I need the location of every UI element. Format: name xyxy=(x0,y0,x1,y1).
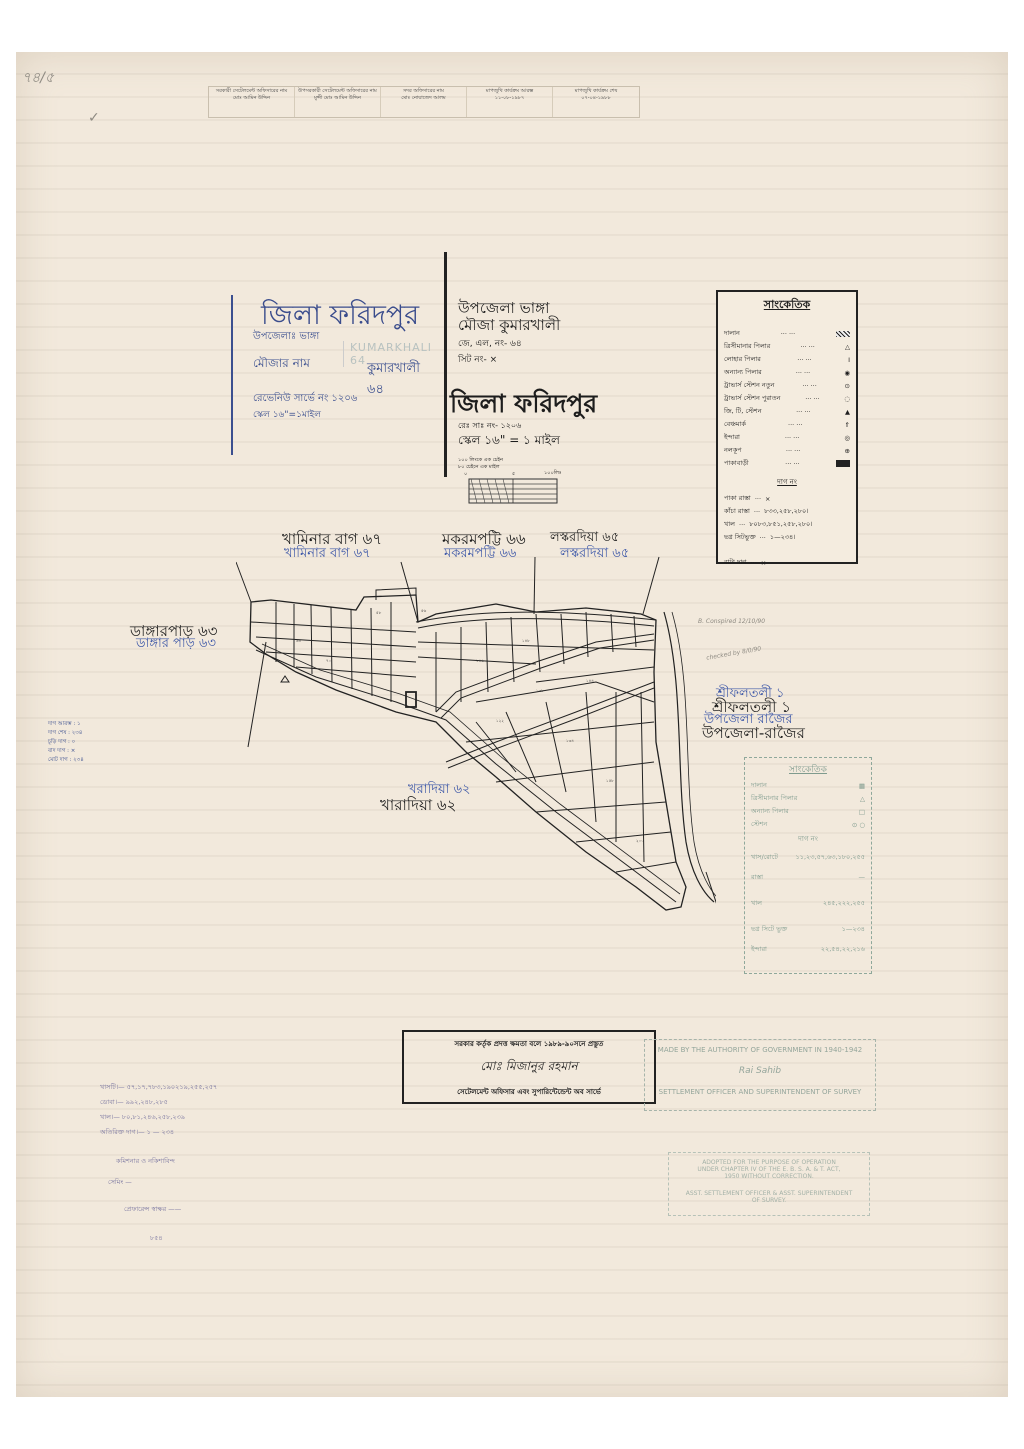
header-col-5: মাপজুখি কার্যক্রম শেষ০৭-০৪-১৯৮৮ xyxy=(553,87,639,117)
corner-note: ৭৪/৫ xyxy=(22,66,54,90)
stamp-line: 1950 WITHOUT CORRECTION. xyxy=(669,1173,869,1180)
scale-bar: ০ ৫ ১০০লিঃ xyxy=(468,476,558,506)
dag-row: ভগ্ন সিটভুক্ত···১—২৩৪। xyxy=(718,531,856,544)
building-icon: ▦ xyxy=(859,782,865,790)
svg-text:৫৬: ৫৬ xyxy=(421,608,427,613)
dag-row: বাটা দাগ···× xyxy=(718,556,856,569)
triangle-icon: △ xyxy=(860,795,865,803)
svg-text:২০০: ২০০ xyxy=(636,838,644,843)
legend-item: ত্রিসীমানার পিলার··· ···△ xyxy=(718,340,856,353)
old-legend-row: খাল২৪৫,২২২,২৫৫ xyxy=(745,887,871,919)
old-legend-subtitle: দাগ নং xyxy=(745,833,871,845)
legend-item: দালান··· ··· xyxy=(718,327,856,340)
hatched-rect-icon xyxy=(836,331,850,337)
old-legend-row: ভগ্ন সিটে ভুক্ত১—২৩৪ xyxy=(745,919,871,939)
svg-text:৭০: ৭০ xyxy=(326,658,332,663)
adjacent-mouza-label: উপজেলা-রাজৈর xyxy=(702,722,805,747)
square-icon: □ xyxy=(859,808,865,816)
decorative-bar xyxy=(231,295,233,455)
svg-text:১২২: ১২২ xyxy=(496,718,504,723)
header-col-1: সরকারী সেটেলমেন্ট অফিসারের নামমোঃ আমিন উ… xyxy=(209,87,295,117)
stamp-line: OF SURVEY. xyxy=(669,1197,869,1204)
legend-item: লোহার পিলার··· ···I xyxy=(718,353,856,366)
header-col-4: মাপজুখি কার্যক্রম আরম্ভ১১-০৮-১৯৮৭ xyxy=(467,87,553,117)
header-col-2: উপসরকারী সেটেলমেন্ট অফিসারের নামমুন্সী ম… xyxy=(295,87,381,117)
legend-item: বেঞ্চমার্ক··· ···⇑ xyxy=(718,418,856,431)
stamp-signature: মোঃ মিজানুর রহমান xyxy=(404,1058,654,1078)
tubewell-icon: ⊕ xyxy=(845,447,850,455)
left-summary-notes: দাগ আরম্ভ : ১ দাগ শেষ : ২৩৪ চূড়ি দাগ : … xyxy=(48,720,84,765)
upazila-label: উপজেলাঃ ভাঙ্গা xyxy=(253,329,319,346)
legend-item: পাকাবাড়ী··· ··· xyxy=(718,457,856,470)
dag-row: পাকা রাস্তা···× xyxy=(718,492,856,505)
adjacent-mouza-label-blue: ডাঙ্গার পাড় ৬৩ xyxy=(136,634,216,655)
svg-text:১৪৪: ১৪৪ xyxy=(586,678,594,683)
stamp-line: MADE BY THE AUTHORITY OF GOVERNMENT IN 1… xyxy=(645,1046,875,1054)
revenue-survey-no: রেভেনিউ সার্ভে নং ১২০৬ xyxy=(253,391,357,408)
legend-item: ট্রাভার্স স্টেশন পুরাতন··· ···◌ xyxy=(718,392,856,405)
pencil-note: B. Conspired 12/10/90 xyxy=(698,618,765,625)
pucca-house-icon xyxy=(836,460,850,467)
authority-stamp: সরকার কর্তৃক প্রদত্ত ক্ষমতা বলে ১৯৮৯-৯০স… xyxy=(402,1030,656,1104)
traverse-old-icon: ◌ xyxy=(844,395,850,403)
jl-number: জে, এল, নং- ৬৪ xyxy=(458,336,522,351)
old-legend-item: স্টেশন⊙ ○ xyxy=(745,818,871,831)
dag-row: কাঁচা রাস্তা···৮৩৩,২৫৮,২৮০। xyxy=(718,505,856,518)
old-legend-item: দালান▦ xyxy=(745,779,871,792)
scale-bar-end: ১০০লিঃ xyxy=(544,470,562,478)
legend-item: অন্যান্য পিলার··· ···◉ xyxy=(718,366,856,379)
old-legend-item: ত্রিসীমানার পিলার△ xyxy=(745,792,871,805)
legend-item: ইন্দারা··· ···◎ xyxy=(718,431,856,444)
well-icon: ◎ xyxy=(844,434,850,442)
scale-bar-zero: ০ xyxy=(464,471,467,479)
scale-label: স্কেল ১৬"=১মাইল xyxy=(253,407,321,422)
benchmark-icon: ⇑ xyxy=(845,421,850,429)
old-legend-row: খাস/রোটে১১,২৩,৫৭,৬৩,১৮০,২৫৫ xyxy=(745,847,871,867)
cadastral-map[interactable]: ৫৮৫৬১৪৮ ১৪৬১৩৮১৩৪ ১৫৮২০০১২২ ৭০৬৪১৪৪ xyxy=(236,542,716,982)
legend-box: সাংকেতিক দালান··· ··· ত্রিসীমানার পিলার·… xyxy=(716,290,858,564)
svg-text:১৪৬: ১৪৬ xyxy=(476,658,484,663)
svg-text:৬৪: ৬৪ xyxy=(296,638,302,643)
bottom-left-notes: খাসটি।— ৫৭,১৭,৭৮৩,১৯০২১৯,২৫৫,২৫৭ ডোবা।— … xyxy=(100,1080,217,1246)
stamp-line: সেটেলমেন্ট অফিসার এবং সুপারিন্টেন্ডেন্ট … xyxy=(404,1086,654,1098)
old-legend-title: সাংকেতিক xyxy=(745,762,871,777)
svg-text:১৪৮: ১৪৮ xyxy=(522,638,530,643)
check-mark: ✓ xyxy=(88,110,100,126)
old-legend-row: ইন্দারা২২,৫৪,২২,২১৬ xyxy=(745,939,871,959)
mouza-label: মৌজার নাম xyxy=(253,355,310,375)
header-col-3: সদর অফিসারের নামমোঃ নোয়াজেদ আলম xyxy=(381,87,467,117)
traverse-new-icon: ⊙ xyxy=(845,382,850,390)
header-table: সরকারী সেটেলমেন্ট অফিসারের নামমোঃ আমিন উ… xyxy=(208,86,640,118)
adopted-stamp: ADOPTED FOR THE PURPOSE OF OPERATION UND… xyxy=(668,1152,870,1216)
dag-subtitle: দাগ নং xyxy=(718,476,856,488)
stamp-line: ADOPTED FOR THE PURPOSE OF OPERATION xyxy=(669,1159,869,1166)
pillar-dot-icon: ◉ xyxy=(844,369,850,377)
mouza-name: কুমারখালী ৬৪ xyxy=(367,359,421,401)
station-icon: ⊙ ○ xyxy=(852,821,865,829)
svg-text:১৫৮: ১৫৮ xyxy=(606,778,614,783)
svg-text:৫৮: ৫৮ xyxy=(376,610,382,615)
stamp-signature: Rai Sahib xyxy=(645,1066,875,1076)
legend-item: জি, টি, স্টেশন··· ···▲ xyxy=(718,405,856,418)
map-sheet: ৭৪/৫ ✓ সরকারী সেটেলমেন্ট অফিসারের নামমোঃ… xyxy=(16,52,1008,1397)
legend-item: ট্রাভার্স স্টেশন নতুন··· ···⊙ xyxy=(718,379,856,392)
legend-item: নলকূপ··· ···⊕ xyxy=(718,444,856,457)
scale-grid-icon xyxy=(468,478,558,504)
divider-line xyxy=(444,252,447,477)
svg-text:১৩৪: ১৩৪ xyxy=(566,738,574,743)
stamp-line: UNDER CHAPTER IV OF THE E. B. S. A. & T.… xyxy=(669,1166,869,1173)
scale-title: স্কেল ১৬" = ১ মাইল xyxy=(458,432,560,452)
stamp-line: SETTLEMENT OFFICER AND SUPERINTENDENT OF… xyxy=(645,1088,875,1096)
sheet-number: সিট নং- × xyxy=(458,352,497,367)
dag-row: খাল···৮০৮৩,৮৫১,২৫৮,২৮০। xyxy=(718,518,856,531)
stamp-line: সরকার কর্তৃক প্রদত্ত ক্ষমতা বলে ১৯৮৯-৯০স… xyxy=(404,1038,654,1050)
old-legend-item: অন্যান্য পিলার□ xyxy=(745,805,871,818)
svg-text:১৩৮: ১৩৮ xyxy=(536,688,544,693)
english-authority-stamp: MADE BY THE AUTHORITY OF GOVERNMENT IN 1… xyxy=(644,1039,876,1111)
old-legend-row: রাস্তা— xyxy=(745,867,871,887)
iron-pillar-icon: I xyxy=(848,356,850,364)
legend-title: সাংকেতিক xyxy=(718,296,856,315)
gt-station-icon: ▲ xyxy=(845,408,850,416)
triangle-icon: △ xyxy=(845,343,850,351)
stamp-line: ASST. SETTLEMENT OFFICER & ASST. SUPERIN… xyxy=(669,1190,869,1197)
old-legend-box: সাংকেতিক দালান▦ ত্রিসীমানার পিলার△ অন্যা… xyxy=(744,757,872,974)
